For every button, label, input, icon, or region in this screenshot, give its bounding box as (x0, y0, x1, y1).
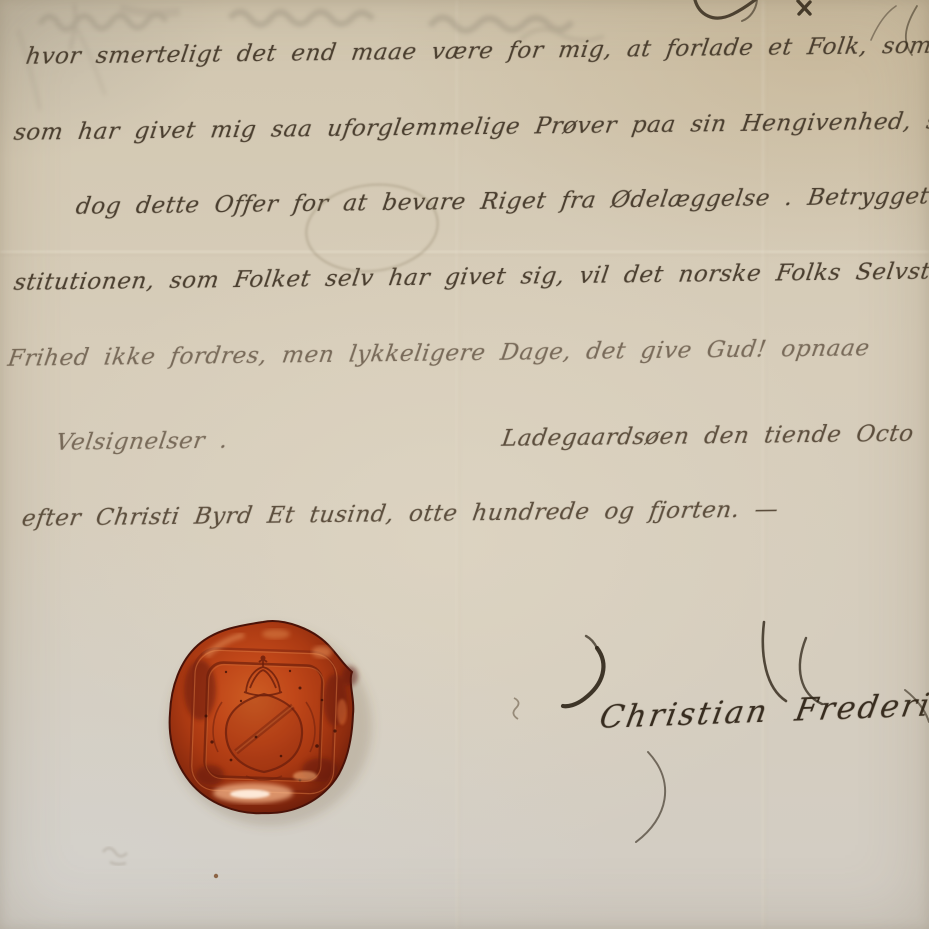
letter-line: dog dette Offer for at bevare Riget fra … (74, 183, 929, 220)
horizontal-fold-crease (0, 251, 929, 255)
seal-shield (226, 694, 302, 772)
seal-shadow (168, 626, 372, 826)
paper-speck (214, 874, 218, 878)
letter-line: stitutionen, som Folket selv har givet s… (12, 258, 929, 296)
letter-line: Frihed ikke fordres, men lykkeligere Dag… (6, 335, 871, 372)
letter-photograph: hvor smerteligt det end maae være for mi… (0, 0, 929, 929)
dateline-year: efter Christi Byrd Et tusind, otte hundr… (20, 497, 780, 532)
seal-crown-emblem (244, 656, 282, 695)
seal-highlights (206, 629, 347, 803)
signature-text: Christian Frederik (597, 687, 929, 736)
pencil-smudge (103, 848, 127, 864)
seal-wax-body (170, 621, 354, 813)
dateline-place: Ladegaardsøen den tiende Octo (500, 421, 916, 452)
letter-line: som har givet mig saa uforglemmelige Prø… (12, 108, 929, 146)
stray-ink-mark (513, 698, 518, 719)
wax-seal (168, 621, 372, 826)
letter-line: hvor smerteligt det end maae være for mi… (24, 32, 929, 70)
seal-branches (213, 702, 315, 780)
seal-impressed-frame (189, 648, 337, 795)
letter-closing-word: Velsignelser . (54, 428, 230, 456)
seal-speckles (205, 670, 337, 794)
vertical-fold-crease-right (762, 0, 766, 929)
seal-dark-mottling (184, 660, 358, 785)
